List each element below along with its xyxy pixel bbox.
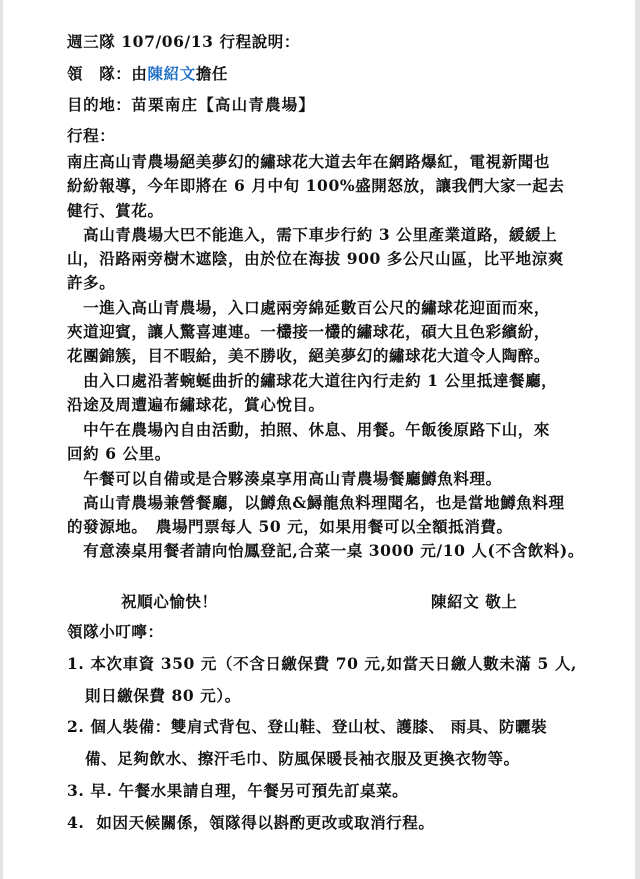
leader-line: 領 隊：由陳紹文擔任 xyxy=(67,64,228,84)
reminder-line: 2. 個人裝備：雙肩式背包、登山鞋、登山杖、護膝、 雨具、防曬裝 xyxy=(67,717,547,737)
reminder-line: 備、足夠飲水、擦汗毛巾、防風保暖長袖衣服及更換衣物等。 xyxy=(67,749,520,769)
itinerary-line: 午餐可以自備或是合夥湊桌享用高山青農場餐廳鱒魚料理。 xyxy=(67,469,502,489)
leader-label: 領 隊： xyxy=(67,64,131,83)
reminder-line: 3. 早. 午餐水果請自理，午餐另可預先訂桌菜。 xyxy=(67,781,408,801)
itinerary-label: 行程： xyxy=(67,126,115,146)
itinerary-line: 花團錦簇，目不暇給，美不勝收，絕美夢幻的繡球花大道令人陶醉。 xyxy=(67,346,550,366)
itinerary-line: 中午在農場內自由活動，拍照、休息、用餐。午飯後原路下山，來 xyxy=(67,420,550,440)
itinerary-line: 夾道迎賓，讓人驚喜連連。一欉接一欉的繡球花，碩大且色彩繽紛， xyxy=(67,322,550,342)
destination-label: 目的地： xyxy=(67,95,131,114)
document-title: 週三隊 107/06/13 行程說明： xyxy=(67,32,300,52)
itinerary-line: 的發源地。 農場門票每人 50 元，如果用餐可以全額抵消費。 xyxy=(67,517,513,537)
itinerary-line: 由入口處沿著蜿蜒曲折的繡球花大道往內行走約 1 公里抵達餐廳， xyxy=(67,371,557,391)
closing-greeting: 祝順心愉快！ xyxy=(121,592,218,612)
itinerary-line: 沿途及周遭遍布繡球花，賞心悅目。 xyxy=(67,395,325,415)
itinerary-line: 山，沿路兩旁樹木遮陰，由於位在海拔 900 多公尺山區，比平地涼爽 xyxy=(67,249,564,269)
itinerary-line: 紛紛報導，今年即將在 6 月中旬 100%盛開怒放，讓我們大家一起去 xyxy=(67,176,564,196)
itinerary-line: 南庄高山青農場絕美夢幻的繡球花大道去年在網路爆紅，電視新聞也 xyxy=(67,152,550,172)
destination-line: 目的地：苗栗南庄【高山青農場】 xyxy=(67,95,315,115)
itinerary-line: 有意湊桌用餐者請向怡鳳登記,合菜一桌 3000 元/10 人(不含飲料)。 xyxy=(67,541,584,561)
reminder-line: 則日繳保費 80 元）。 xyxy=(67,686,241,706)
document-page: 週三隊 107/06/13 行程說明： 領 隊：由陳紹文擔任 目的地：苗栗南庄【… xyxy=(3,0,635,879)
itinerary-line: 高山青農場兼營餐廳，以鱒魚&鱘龍魚料理聞名，也是當地鱒魚料理 xyxy=(67,493,565,513)
leader-prefix: 由 xyxy=(131,64,147,83)
itinerary-line: 高山青農場大巴不能進入，需下車步行約 3 公里產業道路，緩緩上 xyxy=(67,225,557,245)
itinerary-line: 健行、賞花。 xyxy=(67,201,164,221)
itinerary-line: 許多。 xyxy=(67,273,115,293)
closing-signature: 陳紹文 敬上 xyxy=(431,592,518,612)
reminder-line: 1. 本次車資 350 元（不含日繳保費 70 元,如當天日繳人數未滿 5 人, xyxy=(67,654,577,674)
leader-name: 陳紹文 xyxy=(148,64,196,83)
itinerary-line: 回約 6 公里。 xyxy=(67,444,171,464)
reminders-label: 領隊小叮嚀： xyxy=(67,622,164,642)
leader-suffix: 擔任 xyxy=(196,64,228,83)
destination-value: 苗栗南庄【高山青農場】 xyxy=(131,95,315,114)
itinerary-line: 一進入高山青農場，入口處兩旁綿延數百公尺的繡球花迎面而來， xyxy=(67,298,550,318)
reminder-line: 4. 如因天候關係，領隊得以斟酌更改或取消行程。 xyxy=(67,813,434,833)
